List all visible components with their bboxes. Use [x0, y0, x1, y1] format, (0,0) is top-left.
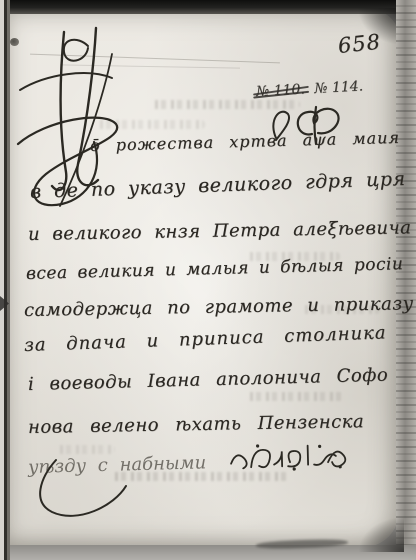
- bleed-through-text: [245, 392, 345, 401]
- manuscript-photo: 658 № 110. № 114. ō рожества хртва аψа м…: [0, 0, 416, 560]
- photo-edge-left: [0, 0, 10, 560]
- photo-corner-bottom-right: [352, 512, 404, 552]
- pen-flourish-descender: [30, 458, 140, 528]
- arabic-script-annotation: [227, 440, 354, 473]
- folio-number: 658: [337, 30, 382, 58]
- page-edge-streaks: [396, 0, 416, 560]
- book-fore-edge: [396, 0, 416, 560]
- new-folio-number: № 114.: [314, 78, 364, 97]
- old-folio-number: № 110.: [256, 81, 306, 100]
